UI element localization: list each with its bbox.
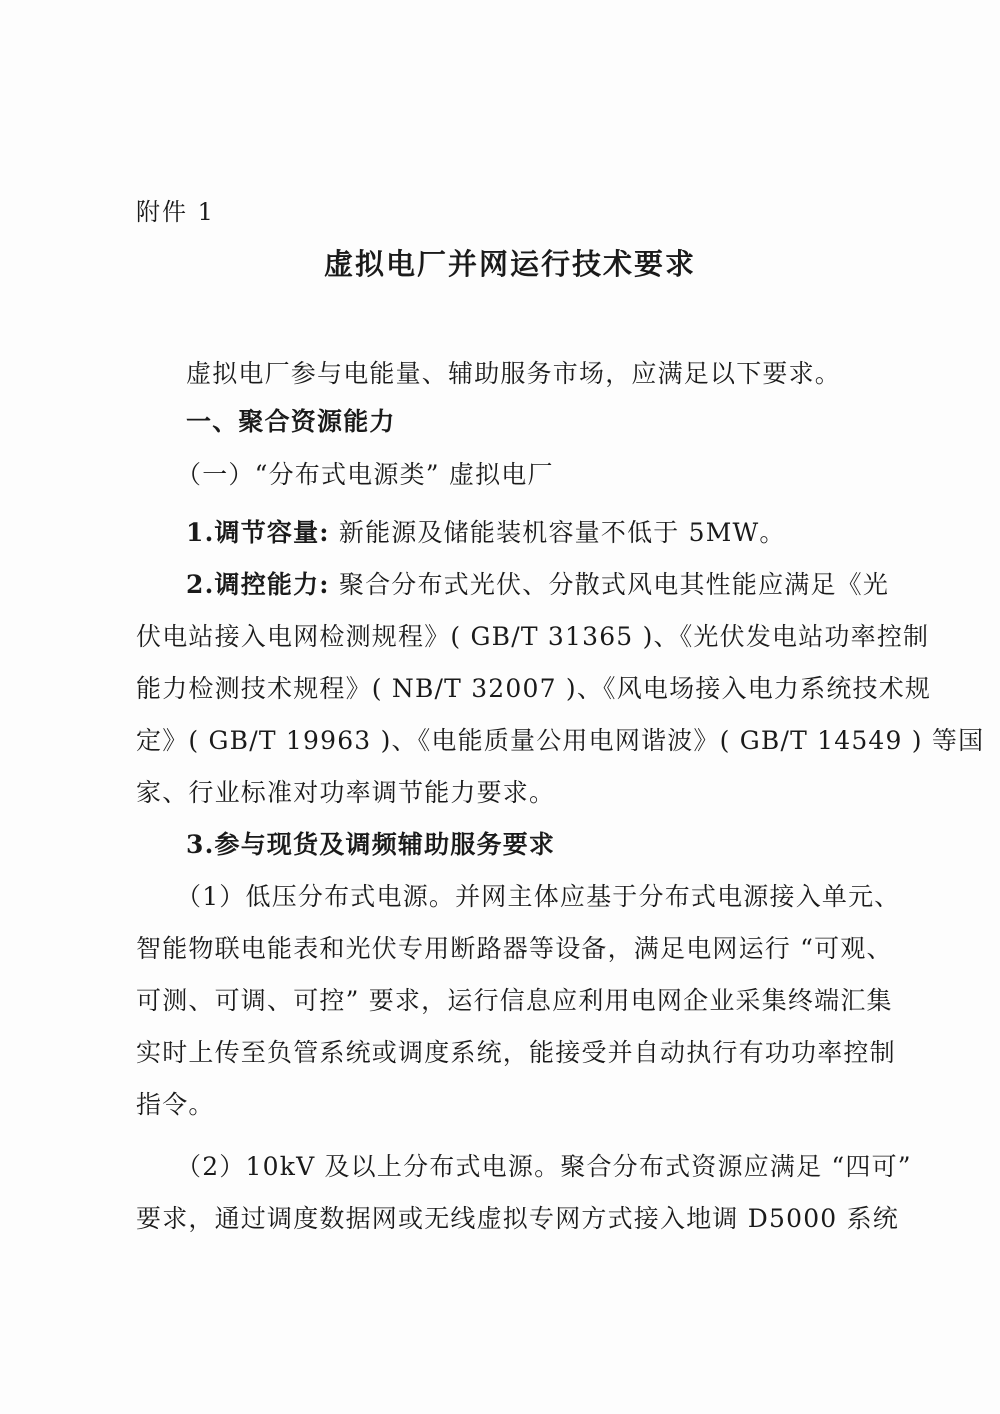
paragraph-line: 可测、可调、可控” 要求，运行信息应利用电网企业采集终端汇集 — [136, 984, 876, 1018]
intro-paragraph: 虚拟电厂参与电能量、辅助服务市场，应满足以下要求。 — [186, 357, 876, 391]
paragraph-line: （1）低压分布式电源。并网主体应基于分布式电源接入单元、 — [176, 880, 876, 914]
item-regulation-capacity: 1.调节容量: 新能源及储能装机容量不低于 5MW。 — [186, 516, 876, 550]
item-label: 2.调控能力: — [186, 570, 330, 599]
paragraph-line: 实时上传至负管系统或调度系统，能接受并自动执行有功功率控制 — [136, 1036, 876, 1070]
attachment-label: 附件 1 — [136, 196, 215, 228]
item-text: 聚合分布式光伏、分散式风电其性能应满足《光 — [330, 570, 889, 599]
paragraph-line: 定》( GB/T 19963 )、《电能质量公用电网谐波》( GB/T 1454… — [136, 724, 876, 758]
item-label: 1.调节容量: — [186, 518, 330, 547]
paragraph-line: 智能物联电能表和光伏专用断路器等设备，满足电网运行 “可观、 — [136, 932, 876, 966]
paragraph-line: 伏电站接入电网检测规程》( GB/T 31365 )、《光伏发电站功率控制 — [136, 620, 876, 654]
item-text: 新能源及储能装机容量不低于 5MW。 — [330, 518, 786, 547]
section-heading: 一、聚合资源能力 — [186, 405, 876, 439]
paragraph-line: 能力检测技术规程》( NB/T 32007 )、《风电场接入电力系统技术规 — [136, 672, 876, 706]
item-spot-market-heading: 3.参与现货及调频辅助服务要求 — [186, 828, 876, 862]
item-control-capability: 2.调控能力: 聚合分布式光伏、分散式风电其性能应满足《光 — [186, 568, 876, 602]
subsection-heading: （一）“分布式电源类” 虚拟电厂 — [176, 458, 916, 492]
paragraph-line: （2）10kV 及以上分布式电源。聚合分布式资源应满足 “四可” — [176, 1150, 876, 1184]
paragraph-line: 指令。 — [136, 1088, 876, 1122]
document-page: 附件 1 虚拟电厂并网运行技术要求 虚拟电厂参与电能量、辅助服务市场，应满足以下… — [0, 0, 1000, 1414]
paragraph-line: 家、行业标准对功率调节能力要求。 — [136, 776, 876, 810]
paragraph-line: 要求，通过调度数据网或无线虚拟专网方式接入地调 D5000 系统 — [136, 1202, 876, 1236]
document-title: 虚拟电厂并网运行技术要求 — [0, 244, 1000, 284]
